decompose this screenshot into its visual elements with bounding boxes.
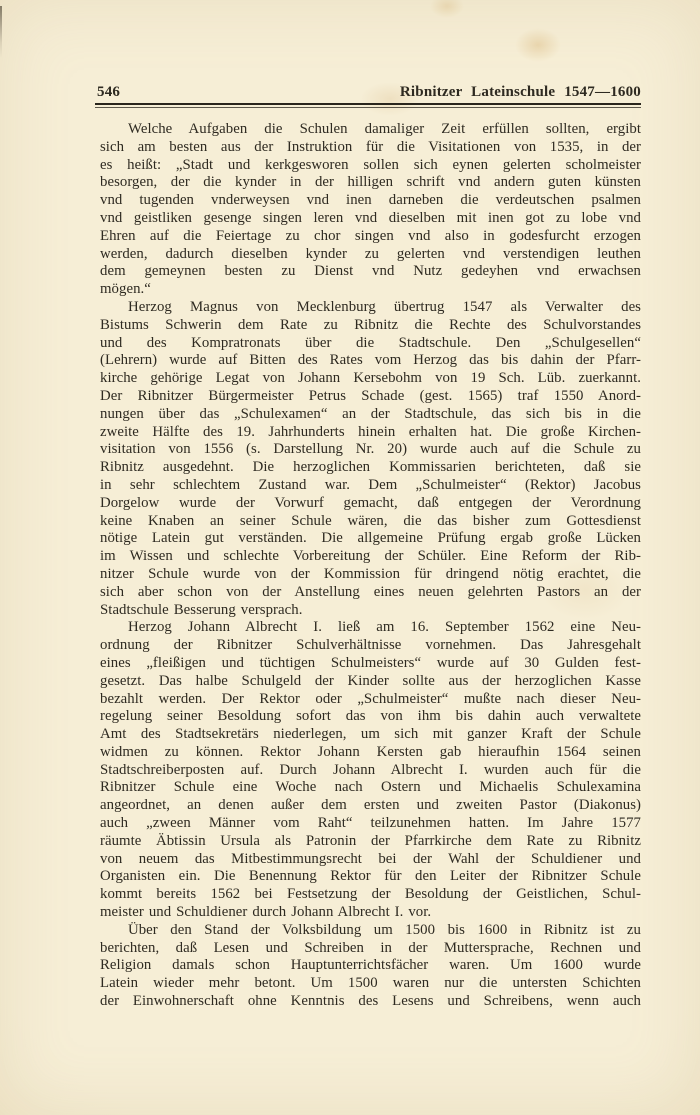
text-line: vnd tugenden vnderweysen vnd inen darneb…	[100, 192, 641, 210]
text-line: regelung seiner Besoldung sofort das von…	[100, 708, 641, 726]
text-line: nitzer Schule wurde von der Kommission f…	[100, 566, 641, 584]
text-line: mögen.“	[100, 281, 641, 299]
text-line: Stadtschreiberposten auf. Durch Johann A…	[100, 762, 641, 780]
text-line: zweite Hälfte des 19. Jahrhunderts hinei…	[100, 424, 641, 442]
text-line: bezahlt werden. Der Rektor oder „Schulme…	[100, 691, 641, 709]
text-line: widmen zu können. Rektor Johann Kersten …	[100, 744, 641, 762]
text-line: kirche gehörige Legat von Johann Kersebo…	[100, 370, 641, 388]
text-line: nötige Latein gut verständen. Die allgem…	[100, 530, 641, 548]
text-line: es heißt: „Stadt und kerkgesworen sollen…	[100, 157, 641, 175]
text-line: gesetzt. Das halbe Schulgeld der Kinder …	[100, 673, 641, 691]
text-line: Über den Stand der Volksbildung um 1500 …	[100, 922, 641, 940]
text-line: Amt des Stadtsekretärs niederlegen, um s…	[100, 726, 641, 744]
text-line: von neuem das Mitbestimmungsrecht bei de…	[100, 851, 641, 869]
text-line: Stadtschule Besserung versprach.	[100, 602, 641, 620]
text-line: in sehr schlechtem Zustand war. Dem „Sch…	[100, 477, 641, 495]
text-line: Dorgelow wurde der Vorwurf gemacht, daß …	[100, 495, 641, 513]
text-line: (Lehrern) wurde auf Bitten des Rates vom…	[100, 352, 641, 370]
text-line: auch „zween Männer vom Raht“ teilzunehme…	[100, 815, 641, 833]
text-line: sich aber schon von der Anstellung eines…	[100, 584, 641, 602]
page-number: 546	[97, 84, 120, 101]
text-line: ordnung der Ribnitzer Schulverhältnisse …	[100, 637, 641, 655]
text-line: Latein wieder mehr betont. Um 1500 waren…	[100, 975, 641, 993]
text-line: räumte Äbtissin Ursula als Patronin der …	[100, 833, 641, 851]
text-line: im Wissen und schlechte Vorbereitung der…	[100, 548, 641, 566]
text-line: Herzog Magnus von Mecklenburg übertrug 1…	[100, 299, 641, 317]
text-body: Welche Aufgaben die Schulen damaliger Ze…	[100, 121, 641, 1011]
text-line: der Einwohnerschaft ohne Kenntnis des Le…	[100, 993, 641, 1011]
scan-edge-artifact	[0, 6, 2, 58]
running-header: 546 Ribnitzer Lateinschule 1547—1600	[97, 84, 641, 101]
text-line: visitation von 1556 (s. Darstellung Nr. …	[100, 441, 641, 459]
text-line: Religion damals schon Hauptunterrichtsfä…	[100, 957, 641, 975]
running-header-title: Ribnitzer Lateinschule 1547—1600	[400, 84, 641, 101]
text-line: und des Kompratronats über die Stadtschu…	[100, 335, 641, 353]
text-line: sich am besten aus der Instruktion für d…	[100, 139, 641, 157]
header-rule-thick	[95, 103, 641, 105]
text-line: Welche Aufgaben die Schulen damaliger Ze…	[100, 121, 641, 139]
text-line: Der Ribnitzer Bürgermeister Petrus Schad…	[100, 388, 641, 406]
text-line: Herzog Johann Albrecht I. ließ am 16. Se…	[100, 619, 641, 637]
text-line: nungen über das „Schulexamen“ an der Sta…	[100, 406, 641, 424]
header-rule-thin	[95, 107, 641, 108]
text-line: Organisten ein. Die Benennung Rektor für…	[100, 868, 641, 886]
book-page: 546 Ribnitzer Lateinschule 1547—1600 Wel…	[0, 0, 700, 1115]
paper-stain	[515, 28, 561, 62]
text-line: kommt bereits 1562 bei Festsetzung der B…	[100, 886, 641, 904]
text-line: eines „fleißigen und tüchtigen Schulmeis…	[100, 655, 641, 673]
text-line: Ribnitz ausgedehnt. Die herzoglichen Kom…	[100, 459, 641, 477]
text-line: dem gemeynen besten zu Dienst vnd Nutz g…	[100, 263, 641, 281]
paper-stain	[430, 0, 464, 18]
text-line: meister und Schuldiener durch Johann Alb…	[100, 904, 641, 922]
text-line: berichten, daß Lesen und Schreiben in de…	[100, 940, 641, 958]
text-line: Ehren auf die Feiertage zu chor singen v…	[100, 228, 641, 246]
text-line: Ribnitzer Schule eine Woche nach Ostern …	[100, 779, 641, 797]
text-line: besorgen, der die kynder in der hilligen…	[100, 174, 641, 192]
text-line: werden, dadurch dieselben kynder zu gele…	[100, 246, 641, 264]
text-line: vnd geistliken gesenge singen leren vnd …	[100, 210, 641, 228]
text-line: keine Knaben an seiner Schule wären, die…	[100, 513, 641, 531]
text-line: Bistums Schwerin dem Rate zu Ribnitz die…	[100, 317, 641, 335]
text-line: angeordnet, an denen außer dem ersten un…	[100, 797, 641, 815]
